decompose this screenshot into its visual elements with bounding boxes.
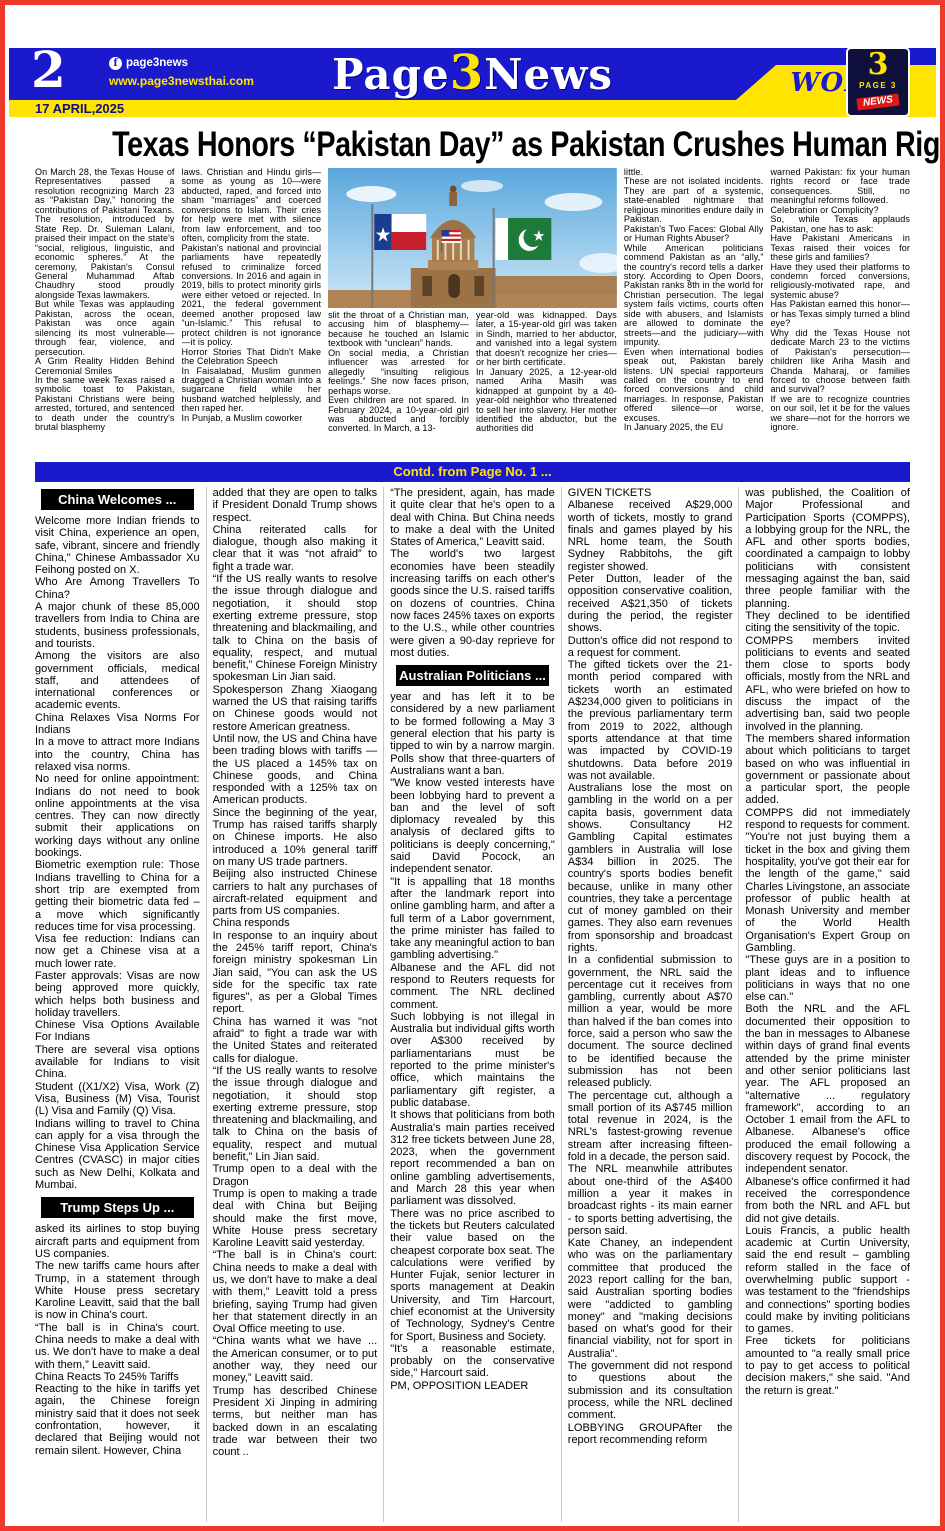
article-paragraph: added that they are open to talks if Pre… <box>213 487 378 524</box>
lead-column-6: warned Pakistan: fix your human rights r… <box>770 168 910 458</box>
article-paragraph: Chinese Visa Options Available For India… <box>35 1019 200 1044</box>
article-paragraph: “The ball is in China's court. China nee… <box>35 1322 200 1371</box>
logo-news-ribbon: NEWS <box>856 93 899 110</box>
article-paragraph: Even when international bodies speak out… <box>624 348 764 424</box>
logo-page3-label: PAGE 3 <box>848 81 908 91</box>
article-paragraph: These are not isolated incidents. They a… <box>624 177 764 224</box>
article-paragraph: year and has left it to be considered by… <box>390 691 555 777</box>
article-paragraph: The members shared information about whi… <box>745 733 910 807</box>
article-paragraph: The government did not respond to questi… <box>568 1360 733 1421</box>
newspaper-page: 2 fpage3news www.page3newsthai.com Page3… <box>0 0 945 1531</box>
article-paragraph: The NRL meanwhile attributes about one-t… <box>568 1163 733 1237</box>
article-paragraph: But while Texas was applauding Pakistan,… <box>35 300 175 357</box>
article-paragraph: A Grim Reality Hidden Behind Ceremonial … <box>35 357 175 376</box>
article-paragraph: In January 2025, the EU <box>624 423 764 432</box>
lead-column-4: year-old was kidnapped. Days later, a 15… <box>476 311 617 458</box>
article-paragraph: LOBBYING GROUPAfter the report recommend… <box>568 1422 733 1447</box>
article-paragraph: It shows that politicians from both Aust… <box>390 1109 555 1207</box>
article-paragraph: In Punjab, a Muslim coworker <box>182 414 322 423</box>
article-paragraph: slit the throat of a Christian man, accu… <box>328 311 469 349</box>
article-paragraph: So, while Texas applauds Pakistan, one h… <box>770 215 910 234</box>
capitol-photo-illustration <box>328 168 617 308</box>
lead-column-2: laws. Christian and Hindu girls—some as … <box>182 168 322 458</box>
article-paragraph: Biometric exemption rule: Those Indians … <box>35 859 200 933</box>
article-paragraph: A major chunk of these 85,000 travellers… <box>35 601 200 650</box>
article-paragraph: Spokesperson Zhang Xiaogang warned the U… <box>213 684 378 733</box>
bottom-column-4: GIVEN TICKETSAlbanese received A$29,000 … <box>561 487 739 1522</box>
article-paragraph: Louis Francis, a public health academic … <box>745 1225 910 1336</box>
article-paragraph: The world's two largest economies have b… <box>390 548 555 659</box>
article-paragraph: "It's a reasonable estimate, probably on… <box>390 1343 555 1380</box>
article-paragraph: Australians lose the most on gambling in… <box>568 782 733 954</box>
bottom-column-3: “The president, again, has made it quite… <box>383 487 561 1522</box>
article-paragraph: Pakistan's Two Faces: Global Ally or Hum… <box>624 225 764 244</box>
article-paragraph: Dutton's office did not respond to a req… <box>568 635 733 660</box>
article-paragraph: There was no price ascribed to the ticke… <box>390 1208 555 1343</box>
article-paragraph: China has warned it was "not afraid" to … <box>213 1016 378 1065</box>
lead-column-group: slit the throat of a Christian man, accu… <box>328 168 617 458</box>
article-paragraph: Albanese and the AFL did not respond to … <box>390 962 555 1011</box>
lead-column-1: On March 28, the Texas House of Represen… <box>35 168 175 458</box>
article-paragraph: COMPPS members invited politicians to ev… <box>745 635 910 733</box>
article-paragraph: "It is appalling that 18 months after th… <box>390 876 555 962</box>
article-paragraph: Since the beginning of the year, Trump h… <box>213 807 378 868</box>
article-paragraph: Visa fee reduction: Indians can now get … <box>35 933 200 970</box>
article-paragraph: Even children are not spared. In Februar… <box>328 396 469 434</box>
facebook-handle-label: page3news <box>126 57 188 69</box>
article-paragraph: China Relaxes Visa Norms For Indians <box>35 712 200 737</box>
article-paragraph: year-old was kidnapped. Days later, a 15… <box>476 311 617 368</box>
article-paragraph: Student ((X1/X2) Visa, Work (Z) Visa, Bu… <box>35 1081 200 1118</box>
article-paragraph: Trump has described Chinese President Xi… <box>213 1385 378 1459</box>
section-header: China Welcomes ... <box>41 489 194 510</box>
masthead-banner: 2 fpage3news www.page3newsthai.com Page3… <box>9 48 936 117</box>
article-paragraph: “The president, again, has made it quite… <box>390 487 555 548</box>
article-paragraph: Reacting to the hike in tariffs yet agai… <box>35 1383 200 1457</box>
article-paragraph: “The ball is in China's court: China nee… <box>213 1249 378 1335</box>
article-paragraph: GIVEN TICKETS <box>568 487 733 499</box>
lead-column-3: slit the throat of a Christian man, accu… <box>328 311 469 458</box>
article-paragraph: Who Are Among Travellers To China? <box>35 576 200 601</box>
continued-from-bar: Contd. from Page No. 1 ... <box>35 462 910 482</box>
bottom-column-2: added that they are open to talks if Pre… <box>206 487 384 1522</box>
article-paragraph: “If the US really wants to resolve the i… <box>213 1065 378 1163</box>
article-paragraph: PM, OPPOSITION LEADER <box>390 1380 555 1392</box>
article-paragraph: Such lobbying is not illegal in Australi… <box>390 1011 555 1109</box>
article-paragraph: asked its airlines to stop buying aircra… <box>35 1223 200 1260</box>
article-paragraph: The gifted tickets over the 21-month per… <box>568 659 733 782</box>
lead-photo-subcolumns: slit the throat of a Christian man, accu… <box>328 311 617 458</box>
facebook-icon: f <box>109 57 122 70</box>
article-paragraph: On social media, a Christian influencer … <box>328 349 469 396</box>
article-paragraph: There are several visa options available… <box>35 1044 200 1081</box>
article-paragraph: Peter Dutton, leader of the opposition c… <box>568 573 733 634</box>
article-paragraph: Trump open to a deal with the Dragon <box>213 1163 378 1188</box>
article-paragraph: The percentage cut, although a small por… <box>568 1090 733 1164</box>
bottom-articles: China Welcomes ...Welcome more Indian fr… <box>35 487 910 1522</box>
logo-3-glyph: 3 <box>848 49 908 81</box>
social-block: fpage3news www.page3newsthai.com <box>109 57 254 88</box>
article-paragraph: In the same week Texas raised a symbolic… <box>35 376 175 433</box>
article-paragraph: The new tariffs came hours after Trump, … <box>35 1260 200 1321</box>
article-paragraph: Both the NRL and the AFL documented thei… <box>745 1003 910 1175</box>
masthead-part3: News <box>484 50 613 99</box>
article-paragraph: In response to an inquiry about the 245%… <box>213 930 378 1016</box>
article-paragraph: Have they used their platforms to condem… <box>770 263 910 301</box>
article-paragraph: “If the US really wants to resolve the i… <box>213 573 378 684</box>
article-paragraph: laws. Christian and Hindu girls—some as … <box>182 168 322 244</box>
article-paragraph: China Reacts To 245% Tariffs <box>35 1371 200 1383</box>
article-paragraph: "We know vested interests have been lobb… <box>390 777 555 875</box>
article-paragraph: China reiterated calls for dialogue, tho… <box>213 524 378 573</box>
article-paragraph: They declined to be identified citing th… <box>745 610 910 635</box>
article-paragraph: "These guys are in a position to plant i… <box>745 954 910 1003</box>
lead-column-5: little.These are not isolated incidents.… <box>624 168 764 458</box>
article-paragraph: warned Pakistan: fix your human rights r… <box>770 168 910 206</box>
bottom-column-5: was published, the Coalition of Major Pr… <box>738 487 910 1522</box>
masthead-part2: 3 <box>450 45 484 101</box>
article-paragraph: In Faisalabad, Muslim gunmen dragged a C… <box>182 367 322 414</box>
article-paragraph: Among the visitors are also government o… <box>35 650 200 711</box>
article-paragraph: Trump is open to making a trade deal wit… <box>213 1188 378 1249</box>
lead-headline: Texas Honors “Pakistan Day” as Pakistan … <box>112 125 833 165</box>
article-paragraph: Faster approvals: Visas are now being ap… <box>35 970 200 1019</box>
article-paragraph: Have Pakistani Americans in Texas raised… <box>770 234 910 262</box>
article-paragraph: Free tickets for politicians amounted to… <box>745 1335 910 1396</box>
article-paragraph: Horror Stories That Didn't Make the Cele… <box>182 348 322 367</box>
article-paragraph: While American politicians commend Pakis… <box>624 244 764 348</box>
article-paragraph: In a move to attract more Indians into t… <box>35 736 200 773</box>
article-paragraph: If we are to recognize countries on our … <box>770 395 910 433</box>
page-number: 2 <box>31 42 66 98</box>
article-paragraph: On March 28, the Texas House of Represen… <box>35 168 175 300</box>
facebook-handle: fpage3news <box>109 57 254 70</box>
banner-date-strip <box>9 100 936 117</box>
article-paragraph: No need for online appointment: Indians … <box>35 773 200 859</box>
article-paragraph: Albanese's office confirmed it had recei… <box>745 1176 910 1225</box>
article-paragraph: In a confidential submission to governme… <box>568 954 733 1089</box>
article-paragraph: was published, the Coalition of Major Pr… <box>745 487 910 610</box>
section-header: Australian Politicians ... <box>396 665 549 686</box>
article-paragraph: Has Pakistan earned this honor—or has Te… <box>770 300 910 328</box>
article-paragraph: In January 2025, a 12-year-old named Ari… <box>476 368 617 434</box>
article-paragraph: Welcome more Indian friends to visit Chi… <box>35 515 200 576</box>
lead-article: On March 28, the Texas House of Represen… <box>35 168 910 458</box>
section-header: Trump Steps Up ... <box>41 1197 194 1218</box>
issue-date: 17 APRIL,2025 <box>35 101 124 116</box>
article-paragraph: Pakistan's national and provincial parli… <box>182 244 322 348</box>
article-paragraph: Why did the Texas House not dedicate Mar… <box>770 329 910 395</box>
bottom-column-1: China Welcomes ...Welcome more Indian fr… <box>35 487 206 1522</box>
article-paragraph: Until now, the US and China have been tr… <box>213 733 378 807</box>
page3-logo: 3 PAGE 3 NEWS <box>846 47 910 117</box>
article-paragraph: Kate Chaney, an independent who was on t… <box>568 1237 733 1360</box>
capitol-photo <box>328 168 617 308</box>
article-paragraph: “China wants what we have ... the Americ… <box>213 1335 378 1384</box>
website-url: www.page3newsthai.com <box>109 74 254 88</box>
masthead-part1: Page <box>332 50 450 99</box>
article-paragraph: Albanese received A$29,000 worth of tick… <box>568 499 733 573</box>
article-paragraph: COMPPS did not immediately respond to re… <box>745 807 910 832</box>
article-paragraph: Indians willing to travel to China can a… <box>35 1118 200 1192</box>
article-paragraph: Beijing also instructed Chinese carriers… <box>213 868 378 917</box>
article-paragraph: China responds <box>213 917 378 929</box>
article-paragraph: "You're not just buying them a ticket in… <box>745 831 910 954</box>
